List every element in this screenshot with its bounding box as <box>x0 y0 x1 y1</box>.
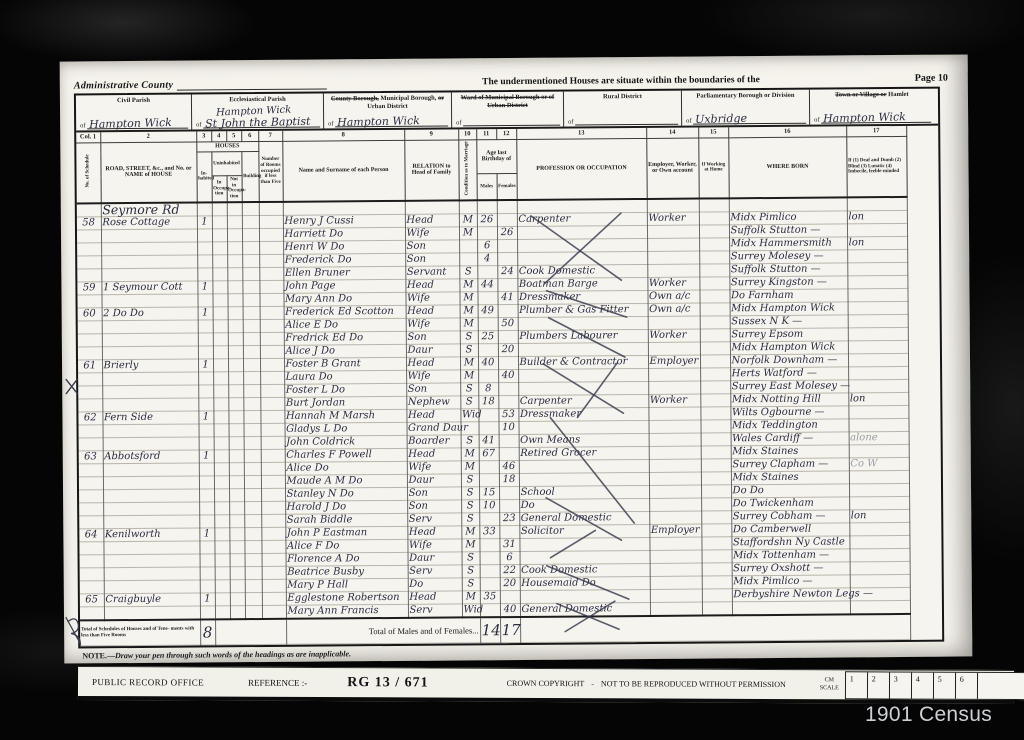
cell-name: Laura Do <box>284 370 406 384</box>
cell-employer <box>648 368 700 381</box>
cell-schedule <box>79 477 103 490</box>
cell-uninh-not <box>228 359 243 372</box>
cell-schedule <box>77 295 101 308</box>
cell-name: Hannah M Marsh <box>284 409 406 423</box>
cell-name: Beatrice Busby <box>286 565 408 579</box>
col-number: 7 <box>258 131 282 142</box>
cell-house <box>102 385 198 399</box>
cell-uninh-occ <box>212 229 227 242</box>
cell-schedule <box>77 269 101 282</box>
record-office-label: PUBLIC RECORD OFFICE <box>92 677 204 687</box>
cell-annotation <box>847 288 907 301</box>
cell-annotation <box>849 522 909 535</box>
cell-born: Midx Staines <box>731 445 849 459</box>
cell-home <box>699 238 729 251</box>
cell-uninh-occ <box>213 411 228 424</box>
cell-condition: S <box>461 474 479 487</box>
cell-house <box>102 320 198 334</box>
cell-age-male: 10 <box>479 500 499 513</box>
cell-building <box>243 358 260 371</box>
cell-relation: Nephew <box>406 396 460 409</box>
cell-employer <box>649 537 701 550</box>
cell-condition: M <box>459 227 477 240</box>
col-header-schedule: No. of Schedule <box>76 143 100 204</box>
cell-rooms <box>260 410 284 423</box>
cell-house <box>104 580 200 594</box>
cell-age-male: 25 <box>478 331 498 344</box>
cell-condition: Wid <box>462 604 480 618</box>
cell-uninh-occ <box>214 437 229 450</box>
cell-age-female <box>500 590 520 603</box>
reference-number: RG 13 / 671 <box>347 675 428 691</box>
cell-occupation: General Domestic <box>519 511 649 525</box>
totals-row: Total of Schedules of Houses and of Tene… <box>80 614 910 647</box>
cell-home <box>701 459 731 472</box>
cell-name: Henri W Do <box>283 240 405 254</box>
cell-rooms <box>262 579 286 592</box>
cell-schedule: 59 <box>77 282 101 295</box>
cell-home <box>701 524 731 537</box>
cell-age-female <box>497 252 517 265</box>
cell-occupation: Boatman Barge <box>517 277 647 291</box>
cell-age-female <box>499 499 519 512</box>
cell-born: Midx Pimlico <box>729 211 847 225</box>
cell-schedule <box>79 516 103 529</box>
cell-building <box>245 579 262 592</box>
cell-inhabited <box>198 320 213 333</box>
cell-occupation: School <box>519 485 649 499</box>
col-header-infirmity: If (1) Deaf and Dumb (2) Blind (3) Lunat… <box>846 136 906 197</box>
cell-age-female <box>499 434 519 447</box>
col-header-relation: RELATION to Head of Family <box>404 140 458 201</box>
cell-house <box>104 606 200 620</box>
cell-annotation <box>849 483 909 496</box>
cell-uninh-not <box>230 606 245 620</box>
cell-age-male <box>477 292 497 305</box>
cell-name: Henry J Cussi <box>283 214 405 228</box>
col-header-road: ROAD, STREET, &c., and No. or NAME of HO… <box>100 142 196 203</box>
cell-uninh-not <box>228 346 243 359</box>
cell-name: John P Eastman <box>285 526 407 540</box>
reference-label: REFERENCE :- <box>248 677 307 687</box>
cell-name: Ellen Bruner <box>283 266 405 280</box>
cell-age-female: 18 <box>499 473 519 486</box>
cell-house <box>101 268 197 282</box>
cell-born <box>732 601 850 615</box>
cell-age-male: 6 <box>477 240 497 253</box>
cell-schedule <box>79 490 103 503</box>
header-box-label: Ward of Municipal Borough or of Urban Di… <box>455 94 560 112</box>
footer-reference-bar: PUBLIC RECORD OFFICE REFERENCE :- RG 13 … <box>78 666 1014 704</box>
header-box-label: Parliamentary Borough or Division <box>685 92 806 110</box>
cell-condition: M <box>459 292 477 305</box>
cell-annotation: lon <box>849 509 909 522</box>
cell-condition: S <box>460 344 478 357</box>
col-header-age: Age last Birthday of <box>476 139 516 173</box>
cell-born: Midx Pimlico — <box>732 575 850 589</box>
cell-relation: Head <box>406 305 460 318</box>
cell-occupation <box>517 238 647 252</box>
cell-home <box>699 251 729 264</box>
cell-relation: Head <box>406 357 460 370</box>
cell-age-female <box>498 304 518 317</box>
cell-occupation: Cook Domestic <box>517 264 647 278</box>
cell-inhabited <box>198 398 213 411</box>
cell-uninh-occ <box>214 502 229 515</box>
cell-occupation: General Domestic <box>520 602 650 617</box>
cell-uninh-not <box>228 385 243 398</box>
cell-inhabited <box>199 424 214 437</box>
cell-annotation <box>848 340 908 353</box>
cell-age-female <box>497 239 517 252</box>
cell-relation: Wife <box>406 318 460 331</box>
header-box-parliamentary-borough: Parliamentary Borough or Division of Uxb… <box>682 90 810 126</box>
cell-occupation: Own Means <box>519 433 649 447</box>
cell-total-females: 17 <box>500 617 520 643</box>
cell-inhabited <box>198 372 213 385</box>
cell-inhabited: 1 <box>199 450 214 463</box>
cell-occupation: Carpenter <box>517 212 647 226</box>
col-number: 14 <box>646 128 698 139</box>
cell-name: Harriett Do <box>283 227 405 241</box>
cell-employer <box>648 381 700 394</box>
cell-employer: Own a/c <box>648 303 700 316</box>
cell-inhabited <box>200 580 215 593</box>
cell-uninh-not <box>228 372 243 385</box>
header-box-label: County Borough, Municipal Borough, or Ur… <box>327 95 448 113</box>
cell-schedule <box>77 243 101 256</box>
cell-condition: M <box>459 214 477 227</box>
cell-name: Alice J Do <box>284 344 406 358</box>
cell-occupation <box>517 251 647 265</box>
cell-name: Stanley N Do <box>285 487 407 501</box>
footer-separator: - <box>591 679 594 688</box>
cell-inhabited <box>199 463 214 476</box>
cell-annotation: lon <box>848 392 908 405</box>
cell-born: Suffolk Stutton — <box>729 263 847 277</box>
cell-schedule <box>77 256 101 269</box>
cell-schedule <box>78 347 102 360</box>
cell-age-male <box>477 227 497 240</box>
cell-home <box>700 368 730 381</box>
cell-building <box>242 215 259 228</box>
cell-uninh-not <box>228 333 243 346</box>
cell-condition: M <box>461 526 479 539</box>
cell-name: Frederick Ed Scotton <box>284 305 406 319</box>
cell-occupation <box>519 537 649 551</box>
cell-rooms <box>262 553 286 566</box>
cell-occupation <box>518 342 648 356</box>
col-header-name: Name and Surname of each Person <box>282 140 404 201</box>
cell-age-female <box>499 525 519 538</box>
cell-name: Mary P Hall <box>286 578 408 592</box>
cell-occupation: Plumber & Gas Fitter <box>518 303 648 317</box>
cell-born: Staffordshn Ny Castle <box>731 536 849 550</box>
cell-home <box>702 602 732 616</box>
cell-age-female <box>498 330 518 343</box>
cell-inhabited <box>200 567 215 580</box>
scale-box: 6 <box>956 672 978 698</box>
cell-building <box>244 501 261 514</box>
cell-uninh-occ <box>212 255 227 268</box>
col-header-males: Males <box>477 174 497 201</box>
cell-annotation <box>850 574 910 587</box>
cell-age-male <box>479 474 499 487</box>
cell-annotation <box>848 418 908 431</box>
cell-home <box>700 381 730 394</box>
cell-employer <box>649 498 701 511</box>
cell-building <box>243 371 260 384</box>
cell-building <box>244 540 261 553</box>
cell-condition: S <box>461 513 479 526</box>
col-number: 5 <box>226 131 241 142</box>
cell-relation: Serv <box>408 604 462 618</box>
census-caption: 1901 Census <box>865 703 992 727</box>
cell-name: Harold J Do <box>285 500 407 514</box>
cell-born: Surrey Epsom <box>730 328 848 342</box>
cell-relation: Head <box>408 591 462 604</box>
cell-schedule: 58 <box>77 217 101 230</box>
cell-inhabited <box>199 502 214 515</box>
cell-name: Gladys L Do <box>284 422 406 436</box>
cell-age-male <box>479 539 499 552</box>
cell-age-male <box>480 565 500 578</box>
handwritten-value: Uxbridge <box>695 112 747 126</box>
cell-uninh-occ <box>215 554 230 567</box>
handwritten-value: St John the Baptist <box>205 115 311 131</box>
cell-schedule <box>78 373 102 386</box>
cell-uninh-occ <box>213 333 228 346</box>
cell-annotation: lon <box>847 236 907 249</box>
cell-employer: Employer <box>648 355 700 368</box>
cell-relation: Head <box>406 409 460 422</box>
handwritten-value: Hampton Wick <box>89 116 172 131</box>
cell-name: John Coldrick <box>285 435 407 449</box>
header-box-civil-parish: Civil Parish of Hampton Wick <box>76 95 192 131</box>
cell-born: Surrey Clapham — <box>731 458 849 472</box>
cell-house <box>101 242 197 256</box>
cell-relation: Daur <box>407 474 461 487</box>
cell-name: Frederick Do <box>283 253 405 267</box>
cell-inhabited <box>197 255 212 268</box>
cell-occupation <box>520 550 650 564</box>
cell-uninh-occ <box>213 372 228 385</box>
cell-rooms <box>261 449 285 462</box>
cell-occupation: Retired Grocer <box>519 446 649 460</box>
cell-house <box>103 463 199 477</box>
cell-name: Alice E Do <box>284 318 406 332</box>
cell-building <box>244 462 261 475</box>
cell-age-female: 31 <box>499 538 519 551</box>
cell-born: Midx Teddington <box>730 419 848 433</box>
cell-age-female <box>498 395 518 408</box>
cell-uninh-occ <box>213 320 228 333</box>
cell-uninh-occ <box>214 463 229 476</box>
cell-rooms <box>261 527 285 540</box>
cell-born: Herts Watford — <box>730 367 848 381</box>
cell-occupation: Builder & Contractor <box>518 355 648 369</box>
cell-uninh-occ <box>215 580 230 593</box>
cell-home <box>702 550 732 563</box>
cell-uninh-not <box>230 580 245 593</box>
cell-employer <box>649 511 701 524</box>
cell-inhabited <box>199 476 214 489</box>
cell-born: Wales Cardiff — <box>731 432 849 446</box>
col-number: 9 <box>404 129 458 140</box>
cell-age-female: 53 <box>498 408 518 421</box>
cell-occupation <box>518 316 648 330</box>
cell-born: Do Do <box>731 484 849 498</box>
cell-uninh-not <box>229 450 244 463</box>
cell-building <box>242 241 259 254</box>
cell-age-female: 40 <box>498 369 518 382</box>
cell-condition: M <box>460 305 478 318</box>
cell-house <box>102 346 198 360</box>
col-number: 17 <box>846 126 906 137</box>
cell-born: Surrey Molesey — <box>729 250 847 264</box>
cell-schedule <box>78 321 102 334</box>
cell-annotation <box>848 314 908 327</box>
cell-house: Abbotsford <box>103 450 199 464</box>
copyright-label: CROWN COPYRIGHT <box>507 679 585 688</box>
cell-house: Kenilworth <box>103 528 199 542</box>
cell-schedule: 64 <box>79 529 103 542</box>
cell-house <box>103 437 199 451</box>
scale-box: 4 <box>912 672 934 698</box>
cell-inhabited <box>200 554 215 567</box>
cell-condition: S <box>460 396 478 409</box>
cell-annotation: Co W <box>849 457 909 470</box>
cell-house <box>101 229 197 243</box>
cell-uninh-occ <box>212 242 227 255</box>
col-number: 4 <box>211 131 226 142</box>
cell-occupation <box>518 381 648 395</box>
cell-name: Burt Jordan <box>284 396 406 410</box>
cell-occupation: Plumbers Labourer <box>518 329 648 343</box>
reproduction-notice: NOT TO BE REPRODUCED WITHOUT PERMISSION <box>601 679 786 689</box>
cell-building <box>242 267 259 280</box>
cell-house: Brierly <box>102 359 198 373</box>
cell-employer <box>649 433 701 446</box>
cell-uninh-not <box>229 502 244 515</box>
census-table: Col. 1234567891011121314151617 No. of Sc… <box>76 126 911 647</box>
cell-born: Midx Tottenham — <box>732 549 850 563</box>
cell-home <box>701 511 731 524</box>
cell-condition: S <box>459 266 477 279</box>
cell-employer: Worker <box>647 212 699 225</box>
cm-scale-label: CM SCALE <box>820 678 839 692</box>
cell-uninh-not <box>229 489 244 502</box>
cell-rooms <box>261 475 285 488</box>
cell-age-male: 15 <box>479 487 499 500</box>
cell-home <box>701 537 731 550</box>
cell-uninh-not <box>228 398 243 411</box>
cell-building <box>244 436 261 449</box>
cell-age-female <box>497 278 517 291</box>
cell-age-female: 6 <box>500 551 520 564</box>
cell-age-male: 8 <box>478 383 498 396</box>
cell-relation: Son <box>407 500 461 513</box>
cell-condition: M <box>462 591 480 604</box>
cell-building <box>244 488 261 501</box>
cell-uninh-not <box>227 268 242 281</box>
col-header-females: Females <box>497 173 517 200</box>
header-box-rural-district: Rural District of <box>564 91 682 127</box>
cell-uninh-occ <box>213 307 228 320</box>
cell-building <box>243 345 260 358</box>
cell-uninh-occ <box>214 476 229 489</box>
cell-name: Florence A Do <box>286 552 408 566</box>
cell-rooms <box>259 280 283 293</box>
cell-rooms <box>261 436 285 449</box>
cell-name: Sarah Biddle <box>285 513 407 527</box>
cell-inhabited: 1 <box>197 281 212 294</box>
header-box-label: Rural District <box>567 93 678 111</box>
cell-schedule: 60 <box>78 308 102 321</box>
cell-name: John Page <box>283 279 405 293</box>
cell-name: Charles F Powell <box>285 448 407 462</box>
cell-building <box>243 423 260 436</box>
cell-occupation: Do <box>519 498 649 512</box>
col-header-occupation: PROFESSION OR OCCUPATION <box>516 138 646 199</box>
cell-age-female: 20 <box>498 343 518 356</box>
cell-house: 1 Seymour Cott <box>101 281 197 295</box>
cell-name: Foster B Grant <box>284 357 406 371</box>
cell-age-male: 35 <box>480 591 500 604</box>
col-number: Col. 1 <box>76 132 100 143</box>
cell-born: Midx Hammersmith <box>729 237 847 251</box>
cell-occupation: Housemaid Do <box>520 576 650 590</box>
page-number: Page 10 <box>915 73 954 85</box>
cell-house <box>103 541 199 555</box>
cell-house: Craigbuyle <box>104 593 200 607</box>
cell-house <box>102 398 198 412</box>
cell-employer <box>649 459 701 472</box>
col-header-employer: Employer, Worker, or Own account <box>646 138 698 199</box>
cell-condition: S <box>462 565 480 578</box>
cell-rooms <box>260 384 284 397</box>
cell-relation: Daur <box>406 344 460 357</box>
cell-uninh-occ <box>214 515 229 528</box>
cell-schedule <box>79 542 103 555</box>
census-form: Civil Parish of Hampton Wick Hampton Wic… <box>74 87 944 649</box>
cell-rooms <box>260 358 284 371</box>
cell-building <box>242 254 259 267</box>
cell-building <box>242 293 259 306</box>
scale-box-blank <box>978 672 1024 698</box>
cell-occupation <box>518 420 648 434</box>
cell-building <box>243 319 260 332</box>
cell-age-male <box>477 266 497 279</box>
cell-road-name: Seymore Rd <box>101 202 197 216</box>
scale-box: 5 <box>934 672 956 698</box>
cell-condition: S <box>461 435 479 448</box>
cell-uninh-not <box>228 424 243 437</box>
cell-relation: Son <box>405 240 459 253</box>
cell-total-males: 14 <box>480 617 500 643</box>
cell-employer <box>649 472 701 485</box>
cell-uninh-occ <box>213 398 228 411</box>
cell-relation: Wife <box>405 292 459 305</box>
cell-schedule <box>78 386 102 399</box>
cell-condition <box>459 253 477 266</box>
cell-annotation <box>849 535 909 548</box>
cell-building <box>243 332 260 345</box>
cell-uninh-occ <box>213 359 228 372</box>
cell-house <box>103 476 199 490</box>
cell-age-male <box>480 552 500 565</box>
col-number: 10 <box>458 129 476 140</box>
